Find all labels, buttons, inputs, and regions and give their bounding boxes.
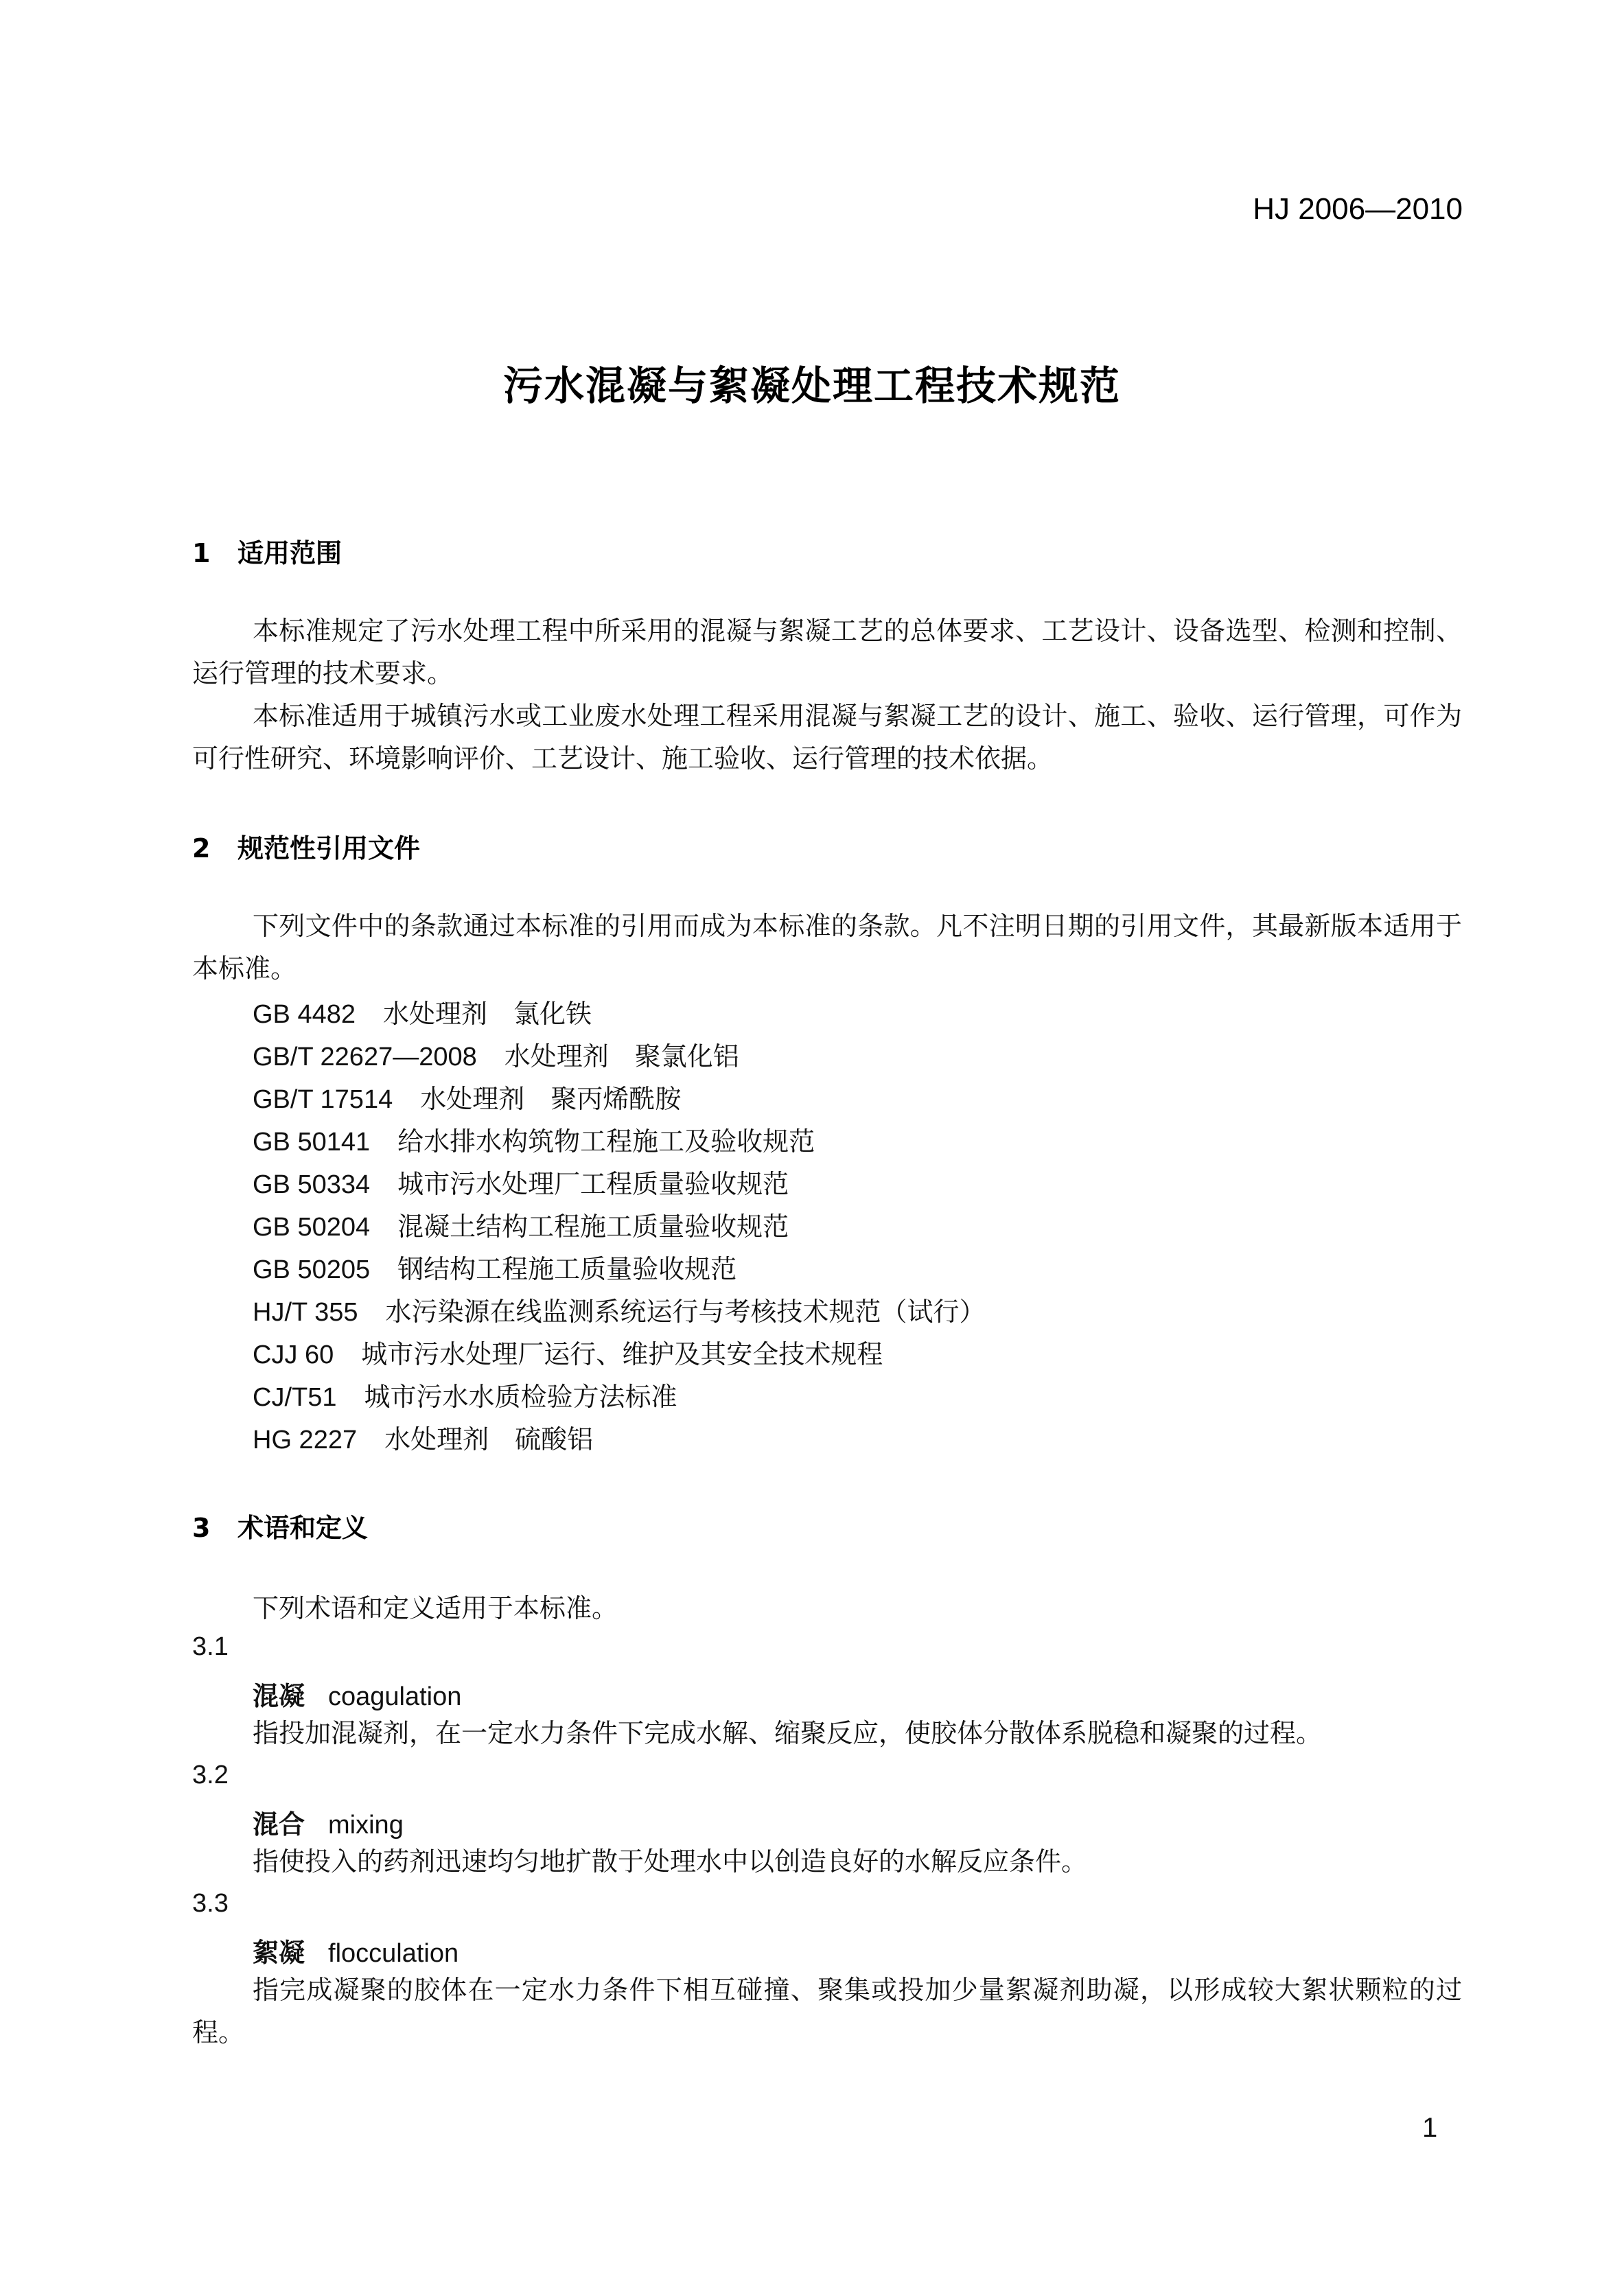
reference-item: GB 50334城市污水处理厂工程质量验收规范 bbox=[253, 1163, 789, 1201]
reference-title: 钢结构工程施工质量验收规范 bbox=[397, 1254, 736, 1284]
reference-title: 混凝土结构工程施工质量验收规范 bbox=[397, 1211, 789, 1242]
section-3-heading: 3术语和定义 bbox=[192, 1507, 368, 1544]
reference-item: GB/T 17514水处理剂 聚丙烯酰胺 bbox=[253, 1078, 681, 1115]
reference-title: 城市污水处理厂运行、维护及其安全技术规程 bbox=[361, 1339, 883, 1369]
document-title: 污水混凝与絮凝处理工程技术规范 bbox=[0, 353, 1624, 411]
term-heading: 混合mixing bbox=[253, 1803, 404, 1841]
term-definition: 指使投入的药剂迅速均匀地扩散于处理水中以创造良好的水解反应条件。 bbox=[192, 1840, 1462, 1883]
page-number: 1 bbox=[1422, 2113, 1437, 2144]
clause-number: 3.1 bbox=[192, 1632, 229, 1662]
section-1-heading: 1适用范围 bbox=[192, 532, 342, 570]
reference-code: HJ/T 355 bbox=[253, 1298, 358, 1327]
paragraph: 本标准规定了污水处理工程中所采用的混凝与絮凝工艺的总体要求、工艺设计、设备选型、… bbox=[192, 610, 1462, 695]
reference-code: GB/T 17514 bbox=[253, 1085, 393, 1114]
reference-item: CJ/T51城市污水水质检验方法标准 bbox=[253, 1376, 677, 1413]
term-definition: 指投加混凝剂，在一定水力条件下完成水解、缩聚反应，使胶体分散体系脱稳和凝聚的过程… bbox=[192, 1712, 1462, 1754]
term-en: mixing bbox=[328, 1811, 404, 1840]
reference-title: 城市污水水质检验方法标准 bbox=[364, 1382, 677, 1412]
term-definition: 指完成凝聚的胶体在一定水力条件下相互碰撞、聚集或投加少量絮凝剂助凝，以形成较大絮… bbox=[192, 1969, 1462, 2054]
paragraph: 下列术语和定义适用于本标准。 bbox=[192, 1587, 1462, 1630]
reference-item: CJJ 60城市污水处理厂运行、维护及其安全技术规程 bbox=[253, 1333, 883, 1371]
reference-title: 城市污水处理厂工程质量验收规范 bbox=[397, 1169, 789, 1199]
clause-number: 3.3 bbox=[192, 1889, 229, 1918]
standard-code: HJ 2006—2010 bbox=[1253, 192, 1463, 227]
reference-code: GB 50204 bbox=[253, 1213, 370, 1242]
reference-title: 水处理剂 聚氯化铝 bbox=[504, 1041, 739, 1071]
reference-title: 水处理剂 氯化铁 bbox=[383, 999, 592, 1029]
paragraph: 本标准适用于城镇污水或工业废水处理工程采用混凝与絮凝工艺的设计、施工、验收、运行… bbox=[192, 695, 1462, 780]
paragraph: 下列文件中的条款通过本标准的引用而成为本标准的条款。凡不注明日期的引用文件，其最… bbox=[192, 905, 1462, 990]
reference-code: GB/T 22627—2008 bbox=[253, 1043, 477, 1071]
term-en: flocculation bbox=[328, 1939, 459, 1968]
reference-code: CJJ 60 bbox=[253, 1341, 334, 1369]
section-title: 术语和定义 bbox=[237, 1513, 368, 1543]
reference-item: GB 50141给水排水构筑物工程施工及验收规范 bbox=[253, 1120, 815, 1158]
reference-code: HG 2227 bbox=[253, 1426, 357, 1454]
clause-number: 3.2 bbox=[192, 1761, 229, 1790]
term-zh: 混合 bbox=[253, 1809, 305, 1840]
section-2-heading: 2规范性引用文件 bbox=[192, 827, 420, 865]
reference-item: GB 50205钢结构工程施工质量验收规范 bbox=[253, 1248, 736, 1286]
term-zh: 絮凝 bbox=[253, 1938, 305, 1968]
section-number: 2 bbox=[192, 833, 237, 863]
section-title: 适用范围 bbox=[237, 538, 342, 568]
section-number: 3 bbox=[192, 1513, 237, 1543]
reference-code: CJ/T51 bbox=[253, 1383, 336, 1412]
reference-code: GB 50334 bbox=[253, 1170, 370, 1199]
reference-item: GB 50204混凝土结构工程施工质量验收规范 bbox=[253, 1205, 789, 1243]
reference-title: 水污染源在线监测系统运行与考核技术规范（试行） bbox=[385, 1297, 985, 1327]
reference-code: GB 50205 bbox=[253, 1255, 370, 1284]
term-heading: 絮凝flocculation bbox=[253, 1932, 459, 1969]
reference-item: GB 4482水处理剂 氯化铁 bbox=[253, 993, 592, 1030]
reference-title: 水处理剂 聚丙烯酰胺 bbox=[420, 1084, 681, 1114]
section-title: 规范性引用文件 bbox=[237, 833, 420, 863]
reference-item: HJ/T 355水污染源在线监测系统运行与考核技术规范（试行） bbox=[253, 1290, 986, 1328]
reference-title: 水处理剂 硫酸铝 bbox=[384, 1424, 593, 1454]
term-zh: 混凝 bbox=[253, 1681, 305, 1711]
reference-item: GB/T 22627—2008水处理剂 聚氯化铝 bbox=[253, 1035, 739, 1073]
reference-item: HG 2227水处理剂 硫酸铝 bbox=[253, 1418, 593, 1456]
reference-title: 给水排水构筑物工程施工及验收规范 bbox=[397, 1126, 815, 1157]
section-number: 1 bbox=[192, 538, 237, 568]
reference-code: GB 4482 bbox=[253, 1000, 356, 1029]
reference-code: GB 50141 bbox=[253, 1128, 370, 1157]
term-en: coagulation bbox=[328, 1682, 461, 1711]
term-heading: 混凝coagulation bbox=[253, 1675, 461, 1713]
